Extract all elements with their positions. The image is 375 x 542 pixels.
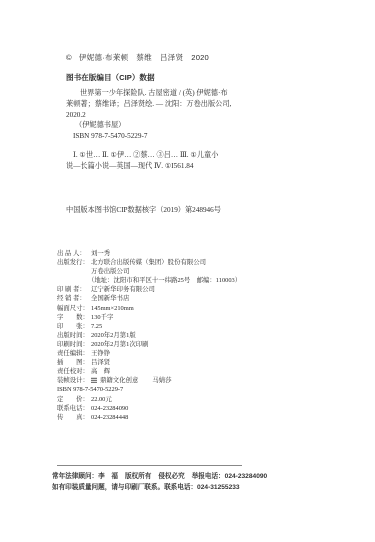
print-date-label: 印刷时间： <box>57 340 91 349</box>
footer-divider <box>57 465 242 466</box>
colophon-row-publisher-2: 万卷出版公司 <box>57 267 241 276</box>
size-value: 145mm×210mm <box>91 304 134 313</box>
report-phone: 举报电话：024-23284090 <box>192 473 268 480</box>
publisher-value-2: 万卷出版公司 <box>91 267 129 276</box>
colophon-row-publish-date: 出版时间： 2020年2月第1版 <box>57 331 241 340</box>
colophon-row-proofreader: 责任校对： 高 辉 <box>57 367 241 376</box>
cip-title: 图书在版编目（CIP）数据 <box>66 72 155 83</box>
colophon-row-printer: 印 刷 者： 辽宁新华印务有限公司 <box>57 285 241 294</box>
colophon-row-price: 定 价： 22.00元 <box>57 395 241 404</box>
word-count-value: 130千字 <box>91 313 113 322</box>
infringement-notice: 侵权必究 <box>158 473 184 480</box>
design-value: 鼎籍文化创意马婧莎 <box>91 376 172 385</box>
phone-label: 联系电话： <box>57 404 91 413</box>
producer-value: 刘一秀 <box>91 249 110 258</box>
copyright-line: ©伊妮德·布莱顿蔡维吕泽贤2020 <box>66 52 217 63</box>
colophon-row-editor: 责任编辑： 王铮铮 <box>57 349 241 358</box>
design-studio: 鼎籍文化创意 <box>100 377 138 384</box>
colophon-row-publisher: 出版发行： 北方联合出版传媒（集团）股份有限公司 <box>57 258 241 267</box>
copyright-illustrator: 吕泽贤 <box>160 53 183 62</box>
colophon-row-size: 幅面尺寸： 145mm×210mm <box>57 304 241 313</box>
cip-line-series: （伊妮德书屋） <box>66 120 266 131</box>
cip-line-title: 世界第一少年探险队. 古屋密道 / (英) 伊妮德·布 <box>66 88 266 99</box>
colophon: 出 品 人： 刘一秀 出版发行： 北方联合出版传媒（集团）股份有限公司 万卷出版… <box>57 249 241 422</box>
distributor-label: 经 销 者： <box>57 294 91 303</box>
distributor-value: 全国新华书店 <box>91 294 129 303</box>
isbn-value: ISBN 978-7-5470-5229-7 <box>57 385 123 394</box>
printer-label: 印 刷 者： <box>57 285 91 294</box>
footer-line-legal: 常年法律顾问：李 福版权所有侵权必究举报电话：024-23284090 <box>52 471 274 482</box>
fax-label: 传 真： <box>57 413 91 422</box>
colophon-row-fax: 传 真： 024-23284448 <box>57 413 241 422</box>
cip-line-classification-cont: 说—长篇小说—英国—现代 Ⅳ. ①I561.84 <box>66 161 266 172</box>
publish-date-label: 出版时间： <box>57 331 91 340</box>
cip-record-number: 中国版本图书馆CIP数据核字（2019）第248946号 <box>66 205 221 215</box>
colophon-row-word-count: 字 数： 130千字 <box>57 313 241 322</box>
colophon-row-phone: 联系电话： 024-23284090 <box>57 404 241 413</box>
colophon-row-illustration: 插 图： 吕泽贤 <box>57 358 241 367</box>
legal-counsel: 常年法律顾问：李 福 <box>52 473 118 480</box>
print-date-value: 2020年2月第1次印刷 <box>91 340 149 349</box>
cip-line-classification: Ⅰ. ①世… Ⅱ. ①伊… ②蔡… ③吕… Ⅲ. ①儿童小 <box>66 150 266 161</box>
proofreader-label: 责任校对： <box>57 367 91 376</box>
phone-value: 024-23284090 <box>91 404 128 413</box>
illustration-value: 吕泽贤 <box>91 358 110 367</box>
colophon-row-print-date: 印刷时间： 2020年2月第1次印刷 <box>57 340 241 349</box>
fax-value: 024-23284448 <box>91 413 128 422</box>
proofreader-value: 高 辉 <box>91 367 110 376</box>
rights-reserved: 版权所有 <box>125 473 151 480</box>
publish-date-value: 2020年2月第1版 <box>91 331 136 340</box>
colophon-row-design: 装帧设计： 鼎籍文化创意马婧莎 <box>57 376 241 385</box>
copyright-translator: 蔡维 <box>136 53 152 62</box>
printer-value: 辽宁新华印务有限公司 <box>91 285 155 294</box>
sheets-label: 印 张： <box>57 322 91 331</box>
word-count-label: 字 数： <box>57 313 91 322</box>
price-value: 22.00元 <box>91 395 112 404</box>
illustration-label: 插 图： <box>57 358 91 367</box>
publisher-address: （地址：沈阳市和平区十一纬路25号 邮编：110003） <box>88 276 241 285</box>
cip-line-date: 2020.2 <box>66 110 266 121</box>
colophon-row-isbn: ISBN 978-7-5470-5229-7 <box>57 385 241 394</box>
colophon-row-distributor: 经 销 者： 全国新华书店 <box>57 294 241 303</box>
copyright-year: 2020 <box>191 53 209 62</box>
price-label: 定 价： <box>57 395 91 404</box>
sheets-value: 7.25 <box>91 322 102 331</box>
cip-body: 世界第一少年探险队. 古屋密道 / (英) 伊妮德·布 莱顿著；蔡维译；吕泽贤绘… <box>66 88 266 172</box>
copyright-symbol: © <box>66 53 72 62</box>
editor-value: 王铮铮 <box>91 349 110 358</box>
colophon-row-producer: 出 品 人： 刘一秀 <box>57 249 241 258</box>
footer: 常年法律顾问：李 福版权所有侵权必究举报电话：024-23284090 如有印装… <box>52 471 274 493</box>
publisher-label: 出版发行： <box>57 258 91 267</box>
cip-line-isbn: ISBN 978-7-5470-5229-7 <box>66 131 266 142</box>
copyright-author: 伊妮德·布莱顿 <box>79 53 129 62</box>
footer-line-quality: 如有印装质量问题，请与印刷厂联系。联系电话：024-31255233 <box>52 482 274 493</box>
publisher-value: 北方联合出版传媒（集团）股份有限公司 <box>91 258 206 267</box>
size-label: 幅面尺寸： <box>57 304 91 313</box>
designer-name: 马婧莎 <box>152 377 171 384</box>
colophon-row-address: （地址：沈阳市和平区十一纬路25号 邮编：110003） <box>57 276 241 285</box>
cip-line-credits: 莱顿著；蔡维译；吕泽贤绘. — 沈阳：万卷出版公司, <box>66 99 266 110</box>
editor-label: 责任编辑： <box>57 349 91 358</box>
colophon-row-sheets: 印 张： 7.25 <box>57 322 241 331</box>
producer-label: 出 品 人： <box>57 249 91 258</box>
design-label: 装帧设计： <box>57 376 91 385</box>
studio-logo-icon <box>91 377 97 383</box>
